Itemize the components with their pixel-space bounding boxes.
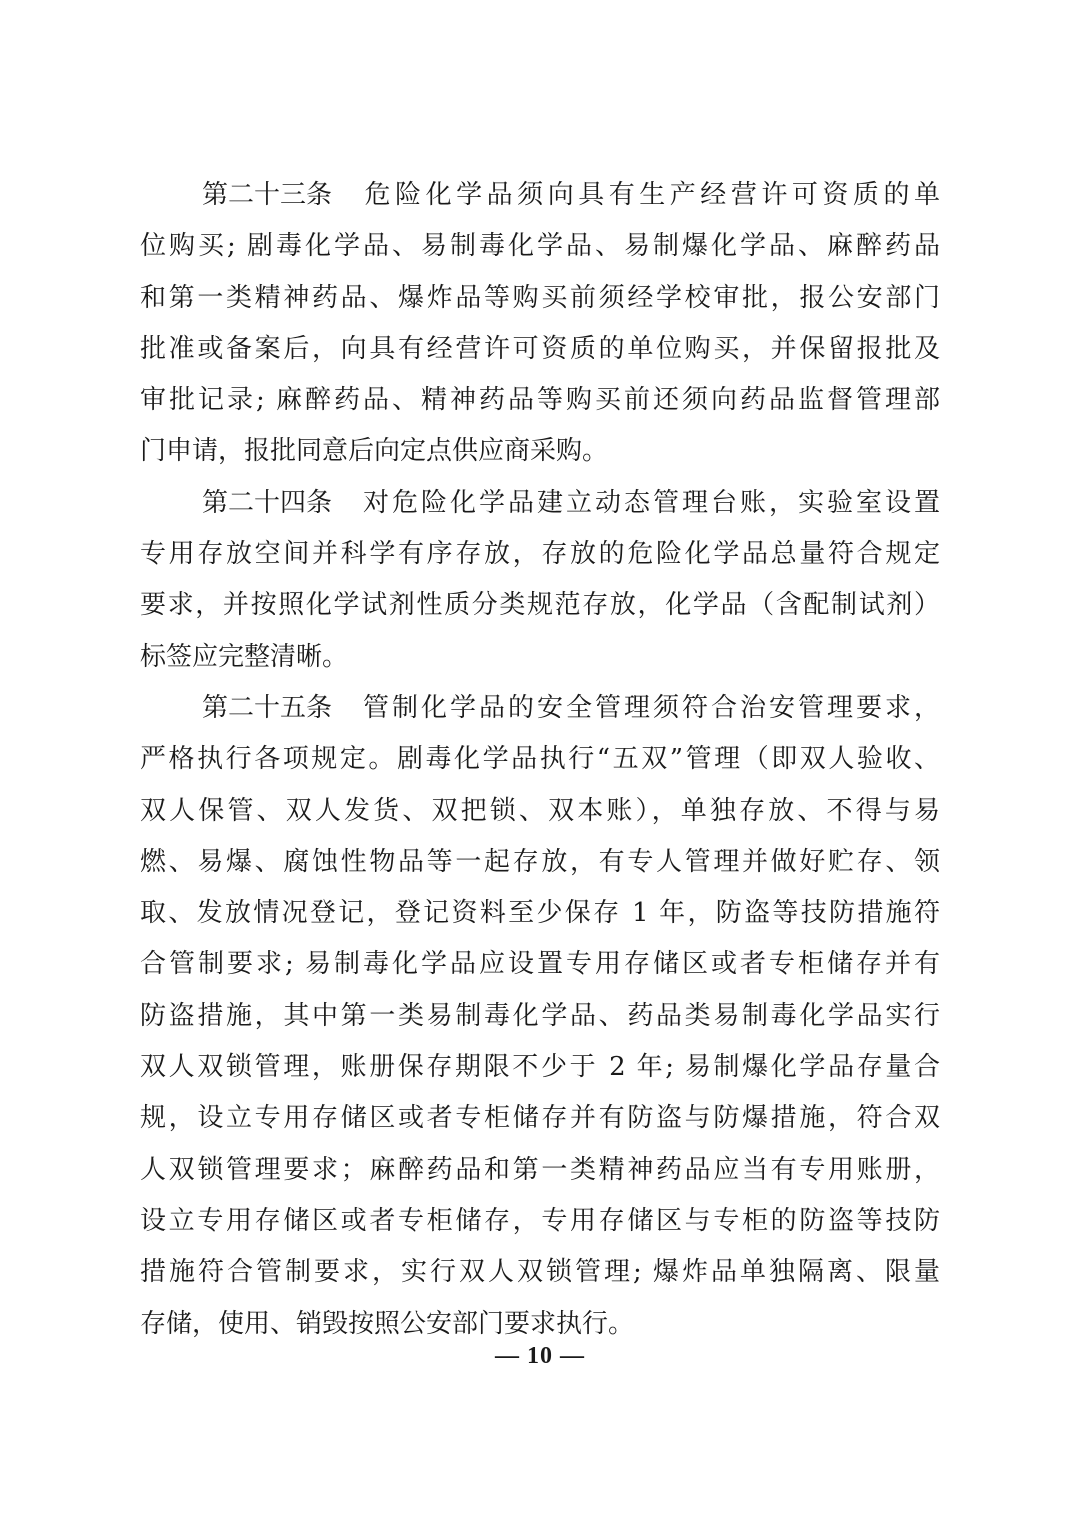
article-25-line-6: 合管制要求; 易制毒化学品应设置专用存储区或者专柜储存并有 bbox=[140, 939, 940, 990]
article-25-line-11: 设立专用存储区或者专柜储存，专用存储区与专柜的防盗等技防 bbox=[140, 1196, 940, 1247]
article-25-label: 第二十五条 bbox=[202, 683, 332, 734]
article-23-label: 第二十三条 bbox=[202, 170, 332, 221]
article-24-line-1: 第二十四条对危险化学品建立动态管理台账，实验室设置 bbox=[140, 478, 940, 529]
article-25-line-2: 严格执行各项规定。剧毒化学品执行“五双”管理（即双人验收、 bbox=[140, 734, 940, 785]
article-24-text: 对危险化学品建立动态管理台账，实验室设置 bbox=[360, 488, 940, 518]
article-25-line-10: 人双锁管理要求；麻醉药品和第一类精神药品应当有专用账册， bbox=[140, 1145, 940, 1196]
article-23-line-4: 批准或备案后，向具有经营许可资质的单位购买，并保留报批及 bbox=[140, 324, 940, 375]
article-23-text: 危险化学品须向具有生产经营许可资质的单 bbox=[360, 180, 940, 210]
article-23-line-2: 位购买; 剧毒化学品、易制毒化学品、易制爆化学品、麻醉药品 bbox=[140, 221, 940, 272]
article-24-line-4: 标签应完整清晰。 bbox=[140, 632, 940, 683]
article-25-line-7: 防盗措施，其中第一类易制毒化学品、药品类易制毒化学品实行 bbox=[140, 991, 940, 1042]
article-25-line-8: 双人双锁管理，账册保存期限不少于 2 年; 易制爆化学品存量合 bbox=[140, 1042, 940, 1093]
article-23-line-6: 门申请，报批同意后向定点供应商采购。 bbox=[140, 426, 940, 477]
page-number: — 10 — bbox=[0, 1343, 1080, 1370]
article-24-line-3: 要求，并按照化学试剂性质分类规范存放，化学品（含配制试剂） bbox=[140, 580, 940, 631]
article-25-text: 管制化学品的安全管理须符合治安管理要求， bbox=[360, 693, 940, 723]
document-page: 第二十三条危险化学品须向具有生产经营许可资质的单 位购买; 剧毒化学品、易制毒化… bbox=[0, 0, 1080, 1527]
body-text: 第二十三条危险化学品须向具有生产经营许可资质的单 位购买; 剧毒化学品、易制毒化… bbox=[140, 170, 940, 1350]
article-25-line-5: 取、发放情况登记，登记资料至少保存 1 年，防盗等技防措施符 bbox=[140, 888, 940, 939]
article-24-line-2: 专用存放空间并科学有序存放，存放的危险化学品总量符合规定 bbox=[140, 529, 940, 580]
article-25-line-4: 燃、易爆、腐蚀性物品等一起存放，有专人管理并做好贮存、领 bbox=[140, 837, 940, 888]
article-25-line-12: 措施符合管制要求，实行双人双锁管理; 爆炸品单独隔离、限量 bbox=[140, 1247, 940, 1298]
article-25-line-9: 规，设立专用存储区或者专柜储存并有防盗与防爆措施，符合双 bbox=[140, 1093, 940, 1144]
article-25-line-1: 第二十五条管制化学品的安全管理须符合治安管理要求， bbox=[140, 683, 940, 734]
article-24-label: 第二十四条 bbox=[202, 478, 332, 529]
article-23-line-5: 审批记录; 麻醉药品、精神药品等购买前还须向药品监督管理部 bbox=[140, 375, 940, 426]
article-25-line-3: 双人保管、双人发货、双把锁、双本账），单独存放、不得与易 bbox=[140, 786, 940, 837]
article-23-line-3: 和第一类精神药品、爆炸品等购买前须经学校审批，报公安部门 bbox=[140, 273, 940, 324]
article-23-line-1: 第二十三条危险化学品须向具有生产经营许可资质的单 bbox=[140, 170, 940, 221]
